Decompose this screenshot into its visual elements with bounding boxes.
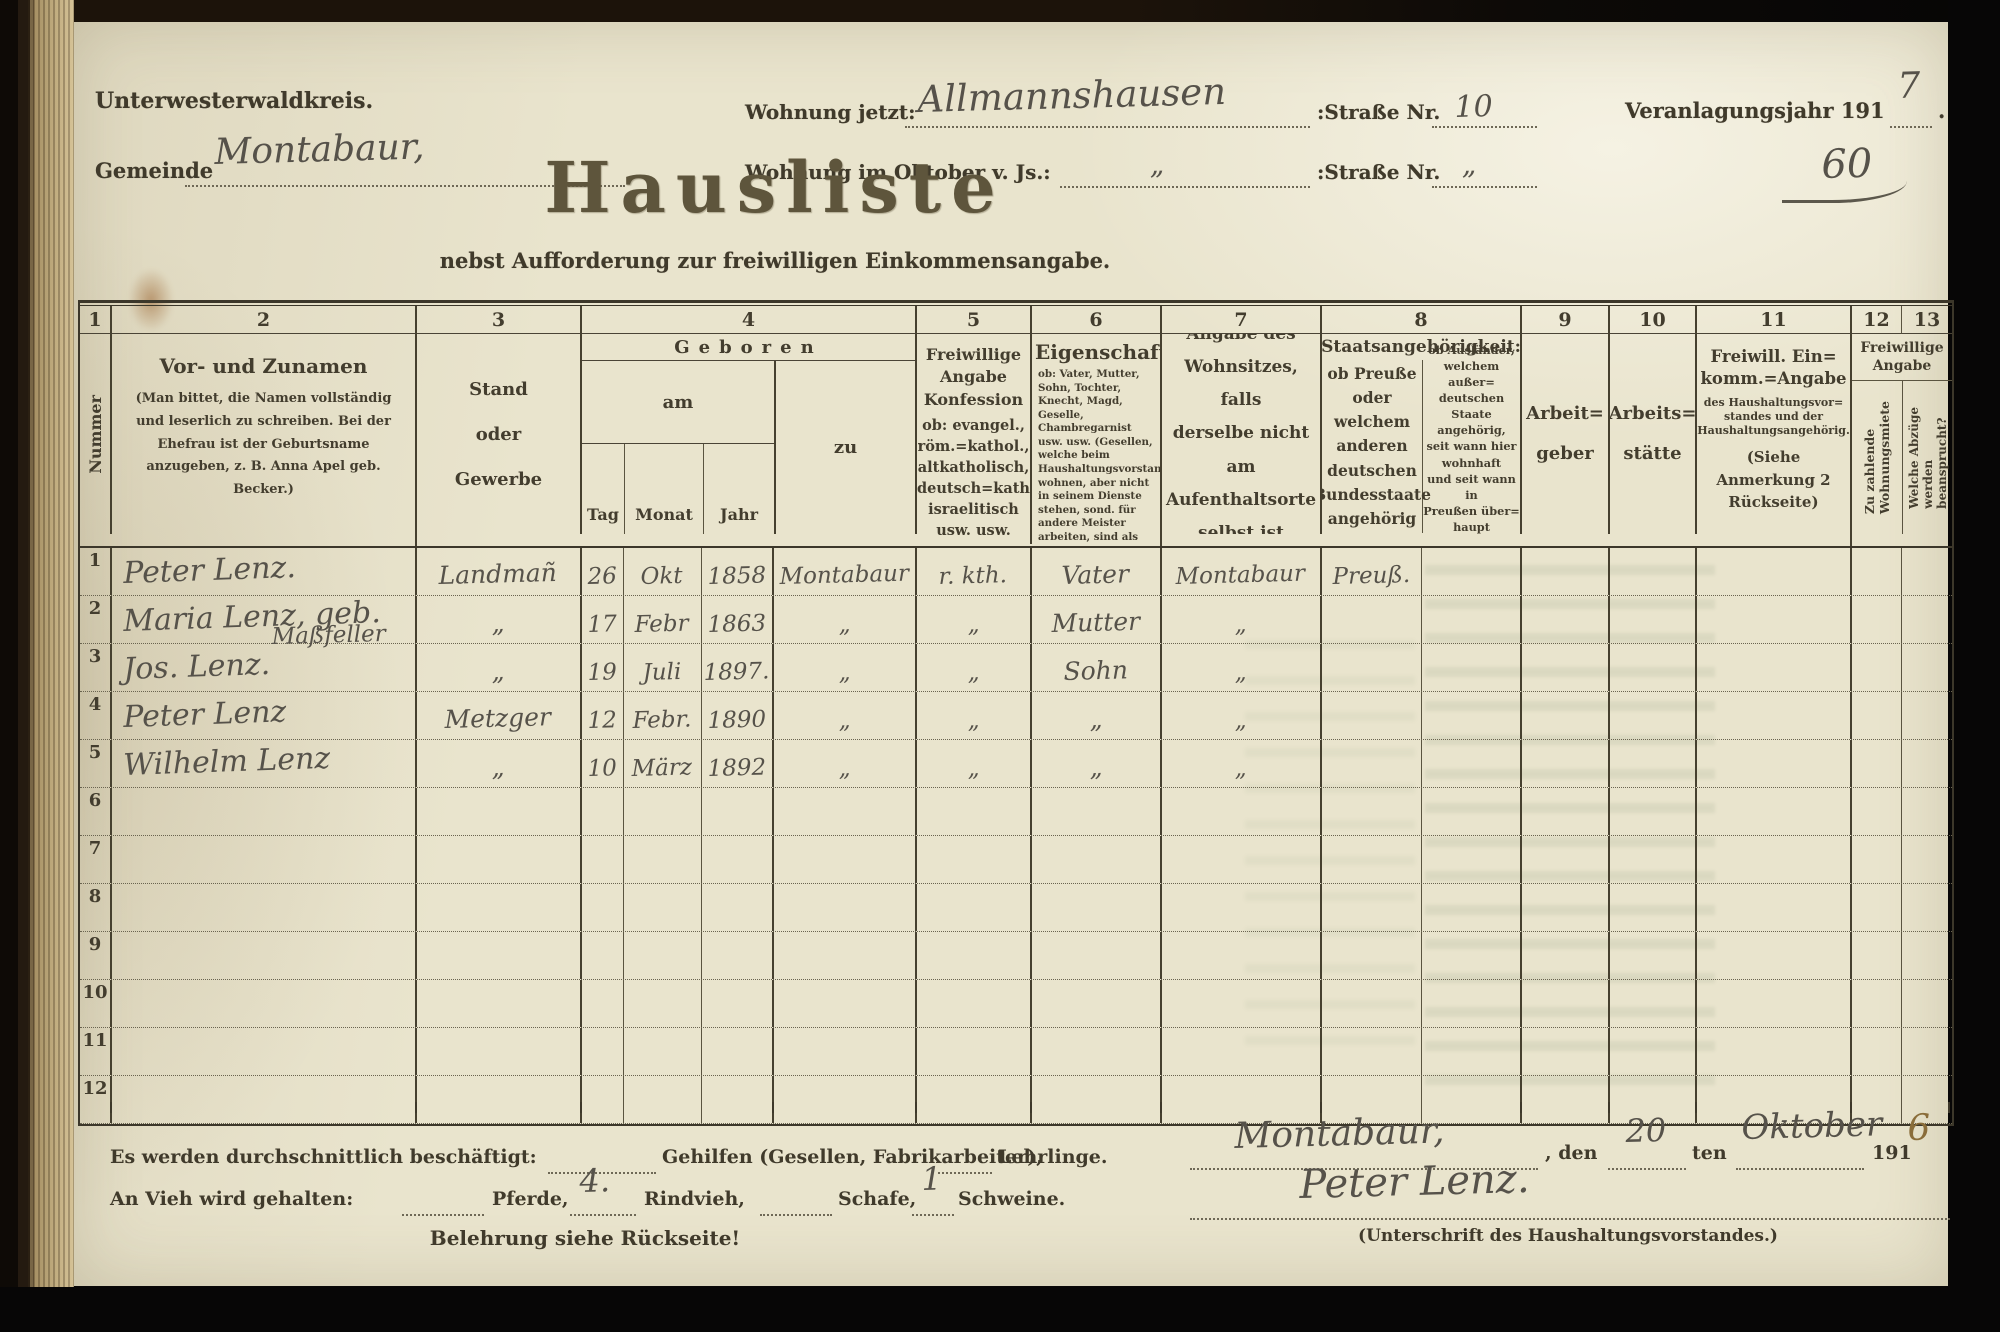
konfession-cell: [917, 836, 1032, 883]
strasse-label: :Straße Nr.: [1317, 100, 1440, 124]
stand-cell: [417, 836, 582, 883]
wohnsitz-cell: „: [1162, 644, 1322, 691]
miete-cell: [1852, 596, 1902, 643]
name-cell: [112, 1028, 417, 1075]
geburtsort-value: „: [838, 704, 851, 738]
header-freiwillige-angabe: Freiwillige Angabe Zu zahlende Wohnungsm…: [1852, 334, 1952, 534]
monat-cell: [624, 836, 702, 883]
einkommen-cell: [1697, 980, 1852, 1027]
arbeitgeber-cell: [1522, 980, 1610, 1027]
wohnsitz-value: Montabaur: [1175, 557, 1305, 594]
geburtsort-cell: [774, 932, 917, 979]
stand-cell: [417, 1076, 582, 1123]
col-number: 9: [1522, 306, 1610, 334]
monat-value: Okt: [641, 559, 684, 594]
month-line: [1736, 1166, 1864, 1170]
schafe-blank: [760, 1212, 832, 1216]
staat-cell: [1322, 1028, 1422, 1075]
abzuege-cell: [1902, 836, 1952, 883]
geboren-zu-label: zu: [776, 361, 915, 534]
monat-cell: Okt: [624, 548, 702, 595]
monat-cell: [624, 932, 702, 979]
col-number: 12: [1852, 306, 1902, 334]
veranlagung-line: [1890, 124, 1932, 128]
tag-cell: [582, 884, 624, 931]
schweine-value: 1: [921, 1159, 942, 1198]
geburtsort-cell: [774, 788, 917, 835]
staat-cell: [1322, 596, 1422, 643]
wohnsitz-value: „: [1234, 656, 1247, 690]
arbeitgeber-cell: [1522, 884, 1610, 931]
einkommen-cell: [1697, 788, 1852, 835]
miete-cell: [1852, 884, 1902, 931]
tag-cell: 26: [582, 548, 624, 595]
header-miete: Zu zahlende Wohnungsmiete: [1852, 381, 1903, 534]
eigenschaft-cell: „: [1032, 740, 1162, 787]
name-value: Peter Lenz: [123, 692, 287, 738]
tag-value: 12: [587, 703, 617, 738]
konfession-value: r. kth.: [938, 558, 1007, 594]
eigenschaft-cell: [1032, 1028, 1162, 1075]
stand-cell: „: [417, 644, 582, 691]
monat-value: Juli: [642, 655, 682, 690]
auslaender-cell: [1422, 980, 1522, 1027]
auslaender-cell: [1422, 1028, 1522, 1075]
row-number: 3: [80, 644, 112, 691]
einkommen-cell: [1697, 1028, 1852, 1075]
employ-blank2: [938, 1170, 992, 1174]
header-einkommen: Freiwill. Ein= komm.=Angabe des Haushalt…: [1697, 334, 1852, 546]
monat-cell: [624, 1028, 702, 1075]
wohnsitz-cell: [1162, 1028, 1322, 1075]
stand-cell: „: [417, 596, 582, 643]
wohnung-jetzt-label: Wohnung jetzt:: [745, 100, 915, 124]
eigenschaft-value: Vater: [1061, 556, 1129, 594]
wohnsitz-cell: [1162, 836, 1322, 883]
geburtsort-cell: „: [774, 740, 917, 787]
signature-label: (Unterschrift des Haushaltungsvorstandes…: [1358, 1226, 1778, 1246]
jahr-value: 1858: [707, 558, 766, 594]
geburtsort-cell: [774, 1076, 917, 1123]
konfession-value: „: [967, 752, 980, 786]
wohnsitz-cell: [1162, 932, 1322, 979]
table-row: 1 Peter Lenz. Landmañ 26 Okt 1858 Montab…: [80, 548, 1952, 596]
abzuege-cell: [1902, 692, 1952, 739]
wohnung-jetzt-line: [905, 124, 1310, 128]
wohnsitz-cell: [1162, 788, 1322, 835]
einkommen-cell: [1697, 644, 1852, 691]
schweine-blank: [912, 1212, 954, 1216]
book-right-edge: [1948, 0, 2000, 1332]
monat-value: Febr.: [632, 702, 692, 738]
header-geboren: Geboren am Tag Monat Jahr zu: [582, 334, 917, 534]
konfession-title: Freiwillige Angabe Konfession: [917, 344, 1030, 411]
col-number: 7: [1162, 306, 1322, 334]
staat-cell: Preuß.: [1322, 548, 1422, 595]
abzuege-cell: [1902, 788, 1952, 835]
jahr-cell: 1858: [702, 548, 774, 595]
geburtsort-cell: Montabaur: [774, 548, 917, 595]
konfession-cell: r. kth.: [917, 548, 1032, 595]
tag-cell: 17: [582, 596, 624, 643]
hausliste-table: 1 2 3 4 5 6 7 8 9 10 11 12 13 Nummer Vor…: [78, 300, 1954, 1126]
header-eigenschaft: Eigenschaft ob: Vater, Mutter, Sohn, Toc…: [1032, 334, 1162, 546]
stand-cell: [417, 884, 582, 931]
book-bottom-edge: [0, 1287, 2000, 1332]
konfession-cell: [917, 932, 1032, 979]
header-abzuege: Welche Abzüge werden beansprucht?: [1903, 381, 1952, 534]
pferde-label: Pferde,: [492, 1188, 569, 1210]
header-nummer: Nummer: [80, 334, 112, 534]
strasse2-label: :Straße Nr.: [1317, 160, 1440, 184]
pferde-blank: [402, 1212, 484, 1216]
eigenschaft-cell: „: [1032, 692, 1162, 739]
maiden-name-value: Maßfeller: [271, 621, 386, 650]
table-row: 7: [80, 836, 1952, 884]
month-value: Oktober: [1741, 1104, 1883, 1148]
column-ticks: [78, 1102, 1950, 1114]
table-row: 9: [80, 932, 1952, 980]
names-note: (Man bittet, die Namen vollständig und l…: [120, 388, 407, 502]
tag-value: 10: [587, 751, 617, 786]
jahr-cell: 1863: [702, 596, 774, 643]
miete-cell: [1852, 692, 1902, 739]
staat-cell: [1322, 980, 1422, 1027]
rindvieh-label: Rindvieh,: [644, 1188, 745, 1210]
geburtsort-cell: „: [774, 692, 917, 739]
year-value: 6: [1907, 1107, 1931, 1149]
einkommen-cell: [1697, 548, 1852, 595]
miete-cell: [1852, 932, 1902, 979]
eigenschaft-cell: [1032, 788, 1162, 835]
wohnsitz-cell: [1162, 980, 1322, 1027]
tag-cell: 19: [582, 644, 624, 691]
konfession-cell: [917, 1028, 1032, 1075]
strasse2-line: [1432, 184, 1537, 188]
schweine-label: Schweine.: [958, 1188, 1065, 1210]
vieh-label: An Vieh wird gehalten:: [110, 1188, 353, 1210]
abzuege-cell: [1902, 548, 1952, 595]
strasse-value: 10: [1454, 89, 1493, 125]
tag-cell: [582, 980, 624, 1027]
name-cell: Wilhelm Lenz: [112, 740, 417, 787]
eigenschaft-value: „: [1089, 750, 1103, 786]
jahr-cell: [702, 980, 774, 1027]
konfession-cell: „: [917, 644, 1032, 691]
arbeitgeber-cell: [1522, 596, 1610, 643]
stand-value: „: [491, 606, 505, 642]
book-top-edge: [60, 0, 2000, 24]
abzuege-cell: [1902, 644, 1952, 691]
staats-left-note: ob Preuße oder welchem anderen deutschen…: [1322, 360, 1423, 533]
konfession-cell: „: [917, 692, 1032, 739]
auslaender-cell: [1422, 932, 1522, 979]
strasse-line: [1432, 124, 1537, 128]
monat-cell: Febr.: [624, 692, 702, 739]
wohnsitz-cell: Montabaur: [1162, 548, 1322, 595]
strasse2-value: „: [1461, 148, 1476, 181]
tag-value: 26: [587, 559, 617, 594]
jahr-cell: [702, 1028, 774, 1075]
geburtsort-cell: [774, 980, 917, 1027]
jahr-cell: 1892: [702, 740, 774, 787]
col-number: 3: [417, 306, 582, 334]
geburtsort-cell: [774, 884, 917, 931]
geburtsort-value: „: [838, 656, 851, 690]
arbeitsstaette-cell: [1610, 596, 1697, 643]
geboren-am-label: am: [582, 361, 774, 444]
nummer-label: Nummer: [86, 395, 105, 474]
scanned-document: Unterwesterwaldkreis. Gemeinde Montabaur…: [0, 0, 2000, 1332]
abzuege-cell: [1902, 980, 1952, 1027]
name-cell: Maria Lenz, geb. Maßfeller: [112, 596, 417, 643]
konfession-note: ob: evangel., röm.=kathol., altkatholisc…: [917, 415, 1030, 541]
eigenschaft-cell: [1032, 836, 1162, 883]
jahr-value: 1892: [707, 750, 766, 786]
row-number: 10: [80, 980, 112, 1027]
monat-cell: [624, 1076, 702, 1123]
monat-cell: März: [624, 740, 702, 787]
table-row: 12: [80, 1076, 1952, 1124]
abzuege-cell: [1902, 932, 1952, 979]
stand-cell: „: [417, 740, 582, 787]
staat-cell: [1322, 788, 1422, 835]
table-row: 11: [80, 1028, 1952, 1076]
arbeitsstaette-cell: [1610, 740, 1697, 787]
monat-cell: [624, 980, 702, 1027]
col-number: 4: [582, 306, 917, 334]
table-row: 4 Peter Lenz Metzger 12 Febr. 1890 „ „ „…: [80, 692, 1952, 740]
gemeinde-value: Montabaur,: [214, 127, 425, 173]
tag-value: 17: [587, 607, 617, 642]
arbeitsstaette-cell: [1610, 548, 1697, 595]
row-number: 7: [80, 836, 112, 883]
staat-cell: [1322, 692, 1422, 739]
header-names: Vor- und Zunamen (Man bittet, die Namen …: [112, 334, 417, 546]
arbeitgeber-cell: [1522, 692, 1610, 739]
name-value: Jos. Lenz.: [123, 645, 271, 690]
geboren-monat-label: Monat: [624, 444, 704, 534]
jahr-cell: 1897.: [702, 644, 774, 691]
staats-right-note: ob Ausländer, welchem außer= deutschen S…: [1423, 360, 1520, 533]
name-cell: [112, 932, 417, 979]
col-number: 10: [1610, 306, 1697, 334]
ten-label: ten: [1692, 1142, 1727, 1164]
staat-cell: [1322, 932, 1422, 979]
jahr-cell: [702, 1076, 774, 1123]
arbeitsstaette-cell: [1610, 836, 1697, 883]
signature: Peter Lenz.: [1299, 1156, 1530, 1208]
header-arbeitsstaette: Arbeits= stätte: [1610, 334, 1697, 534]
jahr-cell: [702, 836, 774, 883]
arbeitgeber-cell: [1522, 788, 1610, 835]
tag-cell: [582, 1076, 624, 1123]
signature-line: [1190, 1216, 1950, 1220]
schafe-label: Schafe,: [838, 1188, 916, 1210]
header-staatsangehoerigkeit: Staatsangehörigkeit: ob Preuße oder welc…: [1322, 334, 1522, 534]
auslaender-cell: [1422, 884, 1522, 931]
name-cell: Jos. Lenz.: [112, 644, 417, 691]
eigenschaft-cell: Vater: [1032, 548, 1162, 595]
stand-cell: [417, 788, 582, 835]
konfession-cell: „: [917, 596, 1032, 643]
jahr-value: 1897.: [703, 654, 770, 690]
name-cell: [112, 884, 417, 931]
arbeitgeber-cell: [1522, 548, 1610, 595]
den-label: , den: [1545, 1142, 1597, 1164]
table-row: 10: [80, 980, 1952, 1028]
miete-cell: [1852, 836, 1902, 883]
einkommen-title: Freiwill. Ein= komm.=Angabe: [1697, 346, 1850, 391]
header-wohnsitz: Angabe des Wohnsitzes, falls derselbe ni…: [1162, 334, 1322, 534]
abzuege-label: Welche Abzüge werden beansprucht?: [1907, 407, 1949, 509]
row-number: 11: [80, 1028, 112, 1075]
wohnsitz-cell: „: [1162, 692, 1322, 739]
jahr-value: 1863: [707, 606, 766, 642]
arbeitsstaette-cell: [1610, 644, 1697, 691]
wohnung-jetzt-value: Allmannshausen: [917, 70, 1227, 121]
tag-cell: [582, 932, 624, 979]
wohnsitz-cell: [1162, 884, 1322, 931]
konfession-value: „: [967, 656, 980, 690]
miete-cell: [1852, 1028, 1902, 1075]
row-number: 4: [80, 692, 112, 739]
konfession-value: „: [967, 704, 980, 738]
wohnsitz-cell: „: [1162, 740, 1322, 787]
tag-cell: [582, 788, 624, 835]
einkommen-cell: [1697, 884, 1852, 931]
row-number: 8: [80, 884, 112, 931]
table-row: 8: [80, 884, 1952, 932]
form-subtitle: nebst Aufforderung zur freiwilligen Eink…: [440, 248, 1111, 273]
arbeitgeber-cell: [1522, 1028, 1610, 1075]
stand-value: „: [491, 750, 505, 786]
wohnsitz-value: „: [1234, 608, 1247, 642]
row-number: 1: [80, 548, 112, 595]
veranlagung-label: Veranlagungsjahr 191: [1625, 98, 1885, 123]
arbeitgeber-cell: [1522, 644, 1610, 691]
day-line: [1608, 1166, 1686, 1170]
staat-cell: [1322, 884, 1422, 931]
stand-value: Metzger: [444, 699, 551, 738]
auslaender-cell: [1422, 692, 1522, 739]
arbeitsstaette-cell: [1610, 788, 1697, 835]
tag-cell: [582, 1028, 624, 1075]
einkommen-cell: [1697, 932, 1852, 979]
year-label: 191: [1872, 1142, 1912, 1164]
monat-value: Febr: [635, 607, 690, 642]
name-cell: Peter Lenz: [112, 692, 417, 739]
abzuege-cell: [1902, 740, 1952, 787]
geburtsort-cell: [774, 1028, 917, 1075]
table-row: 6: [80, 788, 1952, 836]
stand-cell: Metzger: [417, 692, 582, 739]
konfession-cell: [917, 788, 1032, 835]
veranlagung-value: 7: [1897, 65, 1921, 107]
eigenschaft-title: Eigenschaft: [1035, 340, 1157, 364]
jahr-cell: [702, 788, 774, 835]
stand-cell: [417, 1028, 582, 1075]
jahr-value: 1890: [707, 702, 766, 738]
eigenschaft-cell: [1032, 932, 1162, 979]
geboren-tag-label: Tag: [582, 444, 624, 534]
wohnsitz-value: „: [1234, 752, 1247, 786]
geburtsort-cell: „: [774, 596, 917, 643]
name-cell: [112, 980, 417, 1027]
tag-cell: 10: [582, 740, 624, 787]
auslaender-cell: [1422, 548, 1522, 595]
jahr-cell: [702, 932, 774, 979]
einkommen-cell: [1697, 836, 1852, 883]
belehrung-note: Belehrung siehe Rückseite!: [430, 1226, 740, 1250]
arbeitgeber-cell: [1522, 740, 1610, 787]
miete-cell: [1852, 980, 1902, 1027]
stand-value: Landmañ: [438, 555, 557, 594]
wohnung-okt-line: [1060, 184, 1310, 188]
arbeitsstaette-cell: [1610, 884, 1697, 931]
einkommen-note: des Haushaltungsvor= standes und der Hau…: [1697, 396, 1850, 439]
auslaender-cell: [1422, 644, 1522, 691]
abzuege-cell: [1902, 596, 1952, 643]
geboren-jahr-label: Jahr: [704, 444, 774, 534]
col-number: 6: [1032, 306, 1162, 334]
wohnung-okt-value: „: [1149, 148, 1164, 181]
col-number: 11: [1697, 306, 1852, 334]
geburtsort-cell: „: [774, 644, 917, 691]
col-number: 5: [917, 306, 1032, 334]
page-edge-streaks: [28, 0, 74, 1332]
tag-cell: 12: [582, 692, 624, 739]
geboren-title: Geboren: [582, 334, 915, 361]
employ-mid: Gehilfen (Gesellen, Fabrikarbeiter),: [662, 1146, 1043, 1168]
eigenschaft-cell: [1032, 884, 1162, 931]
eigenschaft-note: ob: Vater, Mutter, Sohn, Tochter, Knecht…: [1035, 368, 1157, 546]
arbeitgeber-cell: [1522, 932, 1610, 979]
staat-cell: [1322, 644, 1422, 691]
staat-cell: [1322, 740, 1422, 787]
table-row: 3 Jos. Lenz. „ 19 Juli 1897. „ „ Sohn „: [80, 644, 1952, 692]
auslaender-cell: [1422, 596, 1522, 643]
rindvieh-blank: [570, 1212, 636, 1216]
name-cell: Peter Lenz.: [112, 548, 417, 595]
eigenschaft-value: Sohn: [1063, 652, 1128, 690]
table-header: 1 2 3 4 5 6 7 8 9 10 11 12 13 Nummer Vor…: [80, 305, 1952, 548]
einkommen-cell: [1697, 740, 1852, 787]
eigenschaft-cell: [1032, 1076, 1162, 1123]
arbeitgeber-cell: [1522, 836, 1610, 883]
konfession-value: „: [967, 608, 980, 642]
konfession-cell: [917, 884, 1032, 931]
eigenschaft-cell: Sohn: [1032, 644, 1162, 691]
monat-cell: Juli: [624, 644, 702, 691]
day-value: 20: [1625, 1111, 1667, 1150]
stand-cell: Landmañ: [417, 548, 582, 595]
auslaender-cell: [1422, 836, 1522, 883]
stand-cell: [417, 980, 582, 1027]
gemeinde-label: Gemeinde: [95, 158, 213, 183]
header-konfession: Freiwillige Angabe Konfession ob: evange…: [917, 334, 1032, 544]
miete-cell: [1852, 644, 1902, 691]
miete-label: Zu zahlende Wohnungsmiete: [1862, 401, 1892, 514]
arbeitgeber-cell: [1522, 1076, 1610, 1123]
konfession-cell: [917, 980, 1032, 1027]
employ-end: Lehrlinge.: [998, 1146, 1108, 1168]
eigenschaft-cell: Mutter: [1032, 596, 1162, 643]
konfession-cell: „: [917, 740, 1032, 787]
form-title: Hausliste: [544, 146, 1005, 229]
district-label: Unterwesterwaldkreis.: [95, 88, 373, 114]
miete-cell: [1852, 740, 1902, 787]
